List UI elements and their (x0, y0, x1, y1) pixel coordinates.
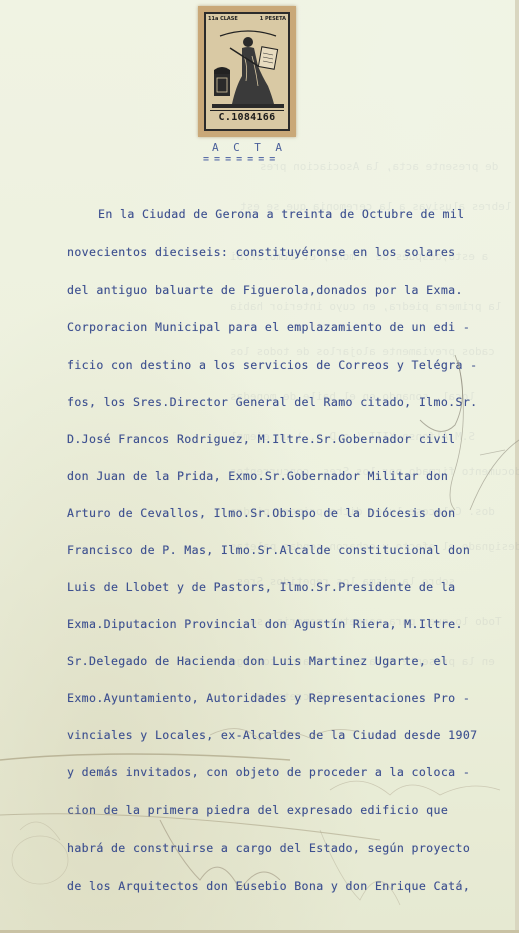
text-line: vinciales y Locales, ex-Alcaldes de la C… (67, 728, 477, 742)
text-line: Corporacion Municipal para el emplazamie… (67, 320, 470, 334)
title-underline: = = = = = = = (203, 156, 289, 164)
text-line: del antiguo baluarte de Figuerola,donado… (67, 283, 463, 297)
text-line: Exma.Diputacion Provincial don Agustín R… (67, 617, 463, 631)
text-line: habrá de construirse a cargo del Estado,… (67, 841, 470, 855)
document-title: A C T A (212, 141, 282, 154)
text-line: Sr.Delegado de Hacienda don Luis Martine… (67, 654, 448, 668)
text-line: Arturo de Cevallos, Ilmo.Sr.Obispo de la… (67, 506, 456, 520)
document-page: de presente acta, la Asociacion pres leb… (0, 0, 519, 933)
text-line: ficio con destino a los servicios de Cor… (67, 358, 477, 372)
title-letter: C (233, 141, 240, 154)
stamp-class-label: 11a CLASE (208, 16, 238, 22)
text-line: y demás invitados, con objeto de procede… (67, 765, 470, 779)
text-line: D.José Francos Rodriguez, M.Iltre.Sr.Gob… (67, 432, 456, 446)
text-line: novecientos dieciseis: constituyéronse e… (67, 245, 456, 259)
title-letter: T (254, 141, 261, 154)
stamp-serial: C.1084166 (210, 110, 284, 125)
allegorical-figure-icon (212, 26, 284, 110)
text-line: don Juan de la Prida, Exmo.Sr.Gobernador… (67, 469, 448, 483)
text-line: cion de la primera piedra del expresado … (67, 803, 448, 817)
title-letter: A (212, 141, 219, 154)
text-line: Exmo.Ayuntamiento, Autoridades y Represe… (67, 691, 470, 705)
stamp-frame: 11a CLASE 1 PESETA (204, 12, 290, 131)
stamp-value-label: 1 PESETA (260, 16, 286, 22)
text-line: fos, los Sres.Director General del Ramo … (67, 395, 477, 409)
title-letter: A (275, 141, 282, 154)
text-line: Luis de Llobet y de Pastors, Ilmo.Sr.Pre… (67, 580, 456, 594)
revenue-stamp: 11a CLASE 1 PESETA (198, 6, 296, 137)
text-line: Francisco de P. Mas, Ilmo.Sr.Alcalde con… (67, 543, 470, 557)
text-line: de los Arquitectos don Eusebio Bona y do… (67, 879, 470, 893)
stamp-header: 11a CLASE 1 PESETA (208, 16, 286, 22)
text-line: En la Ciudad de Gerona a treinta de Octu… (98, 207, 465, 221)
